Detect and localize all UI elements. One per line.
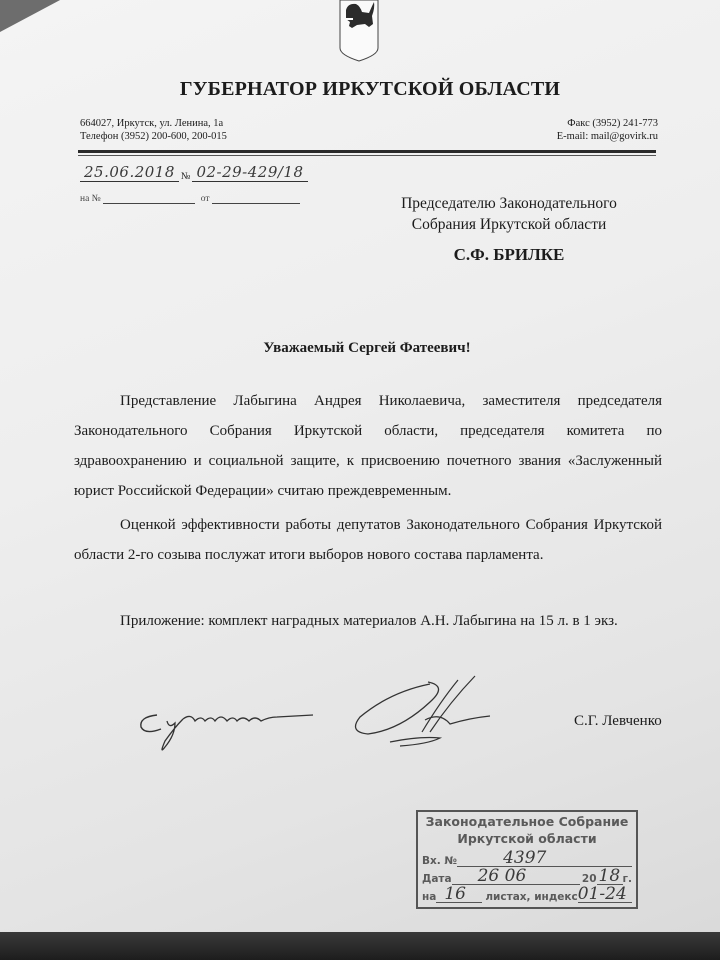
stamp-date-value: 26 06 (478, 866, 527, 886)
letterhead-contacts-left: 664027, Иркутск, ул. Ленина, 1а Телефон … (80, 117, 227, 143)
stamp-sheets-prefix: на (422, 891, 436, 903)
stamp-date-field: 26 06 (452, 872, 580, 885)
stamp-org-line-1: Законодательное Собрание (418, 815, 636, 829)
letterhead-divider-thin (78, 155, 656, 156)
letterhead-divider-thick (78, 150, 656, 153)
addressee-line-2: Собрания Иркутской области (380, 214, 638, 235)
greeting: Уважаемый Сергей Фатеевич! (0, 340, 720, 357)
stamp-sheets-field: 16 (436, 890, 482, 903)
attachment-note: Приложение: комплект наградных материало… (74, 606, 694, 636)
stamp-incoming-number: 4397 (503, 848, 546, 868)
ref-date-blank (212, 193, 300, 204)
letterhead-contacts-right: Факс (3952) 241-773 E-mail: mail@govirk.… (557, 117, 658, 143)
addressee-block: Председателю Законодательного Собрания И… (380, 193, 638, 235)
outgoing-registration: 25.06.2018 № 02-29-429/18 (80, 163, 308, 182)
ref-number-label: на № (80, 194, 101, 204)
outgoing-number: 02-29-429/18 (192, 163, 307, 182)
stamp-sheets-value: 16 (444, 884, 466, 904)
email-line: E-mail: mail@govirk.ru (557, 130, 658, 143)
fax-line: Факс (3952) 241-773 (557, 117, 658, 130)
stamp-year-suffix: 18 (599, 866, 621, 886)
ref-number-blank (103, 193, 195, 204)
number-label: № (181, 171, 191, 182)
body-paragraph-2-text: Оценкой эффективности работы депутатов З… (74, 517, 662, 563)
handwritten-closing (135, 695, 325, 760)
body-paragraph-1-text: Представление Лабыгина Андрея Николаевич… (74, 393, 662, 499)
desk-surface (0, 932, 720, 960)
signature (330, 672, 510, 757)
body-paragraph-1: Представление Лабыгина Андрея Николаевич… (74, 386, 662, 506)
stamp-index-field: 01-24 (578, 890, 632, 903)
addressee-name: С.Ф. БРИЛКЕ (380, 245, 638, 265)
stamp-org-line-2: Иркутской области (418, 832, 636, 846)
stamp-incoming-label: Вх. № (422, 855, 457, 867)
phone-line: Телефон (3952) 200-600, 200-015 (80, 130, 227, 143)
stamp-sheets-row: на 16 листах, индекс 01-24 (422, 890, 632, 903)
page-corner-shadow (0, 0, 69, 38)
signer-name: С.Г. Левченко (574, 713, 662, 730)
attachment-note-text: Приложение: комплект наградных материало… (120, 613, 618, 629)
body-paragraph-2: Оценкой эффективности работы депутатов З… (74, 510, 662, 570)
addressee-line-1: Председателю Законодательного (380, 193, 638, 214)
letterhead-title: ГУБЕРНАТОР ИРКУТСКОЙ ОБЛАСТИ (0, 78, 720, 101)
reference-line: на № от (80, 193, 300, 204)
stamp-index-value: 01-24 (578, 884, 627, 904)
outgoing-date: 25.06.2018 (80, 163, 179, 182)
incoming-registration-stamp: Законодательное Собрание Иркутской облас… (416, 810, 638, 909)
coat-of-arms-icon (338, 0, 380, 62)
ref-from-label: от (201, 194, 210, 204)
address-line: 664027, Иркутск, ул. Ленина, 1а (80, 117, 227, 130)
stamp-sheets-label: листах, индекс (485, 891, 577, 903)
